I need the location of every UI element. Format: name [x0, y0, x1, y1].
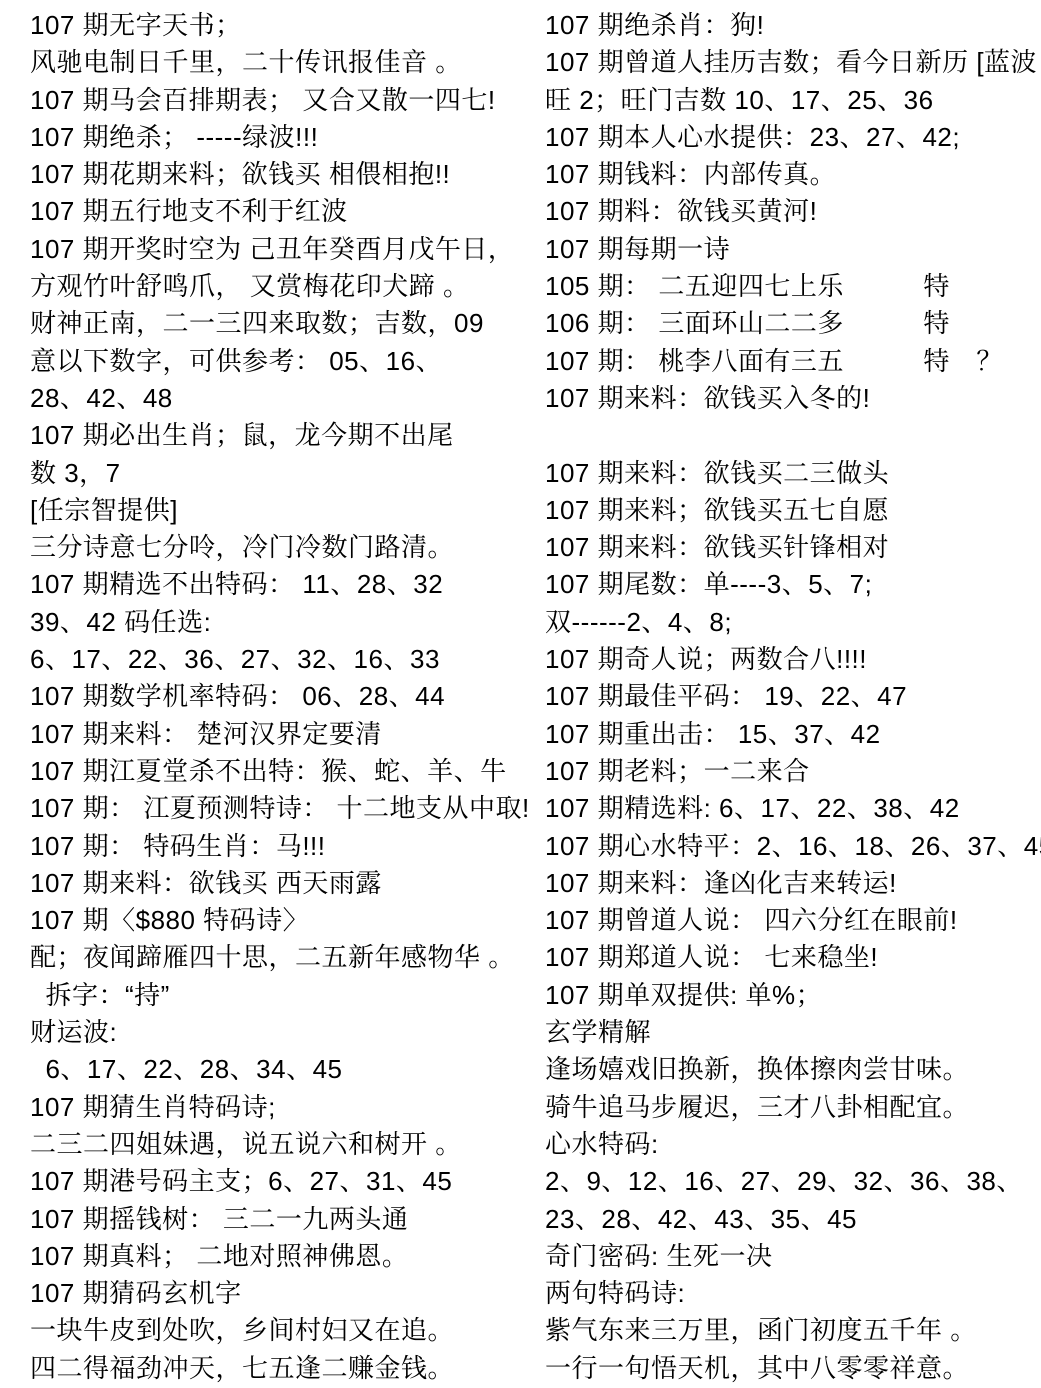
text-line: 107 期来料：欲钱买 西天雨露 — [30, 865, 515, 902]
text-line: 107 期猜生肖特码诗; — [30, 1089, 515, 1126]
text-line: 107 期奇人说；两数合八!!!! — [545, 641, 1041, 678]
text-line: 107 期料：欲钱买黄河! — [545, 193, 1041, 230]
text-line: 107 期来料： 楚河汉界定要清 — [30, 716, 515, 753]
text-line: [任宗智提供] — [30, 492, 515, 529]
text-line: 意以下数字，可供参考： 05、16、 — [30, 343, 515, 380]
text-line: 107 期心水特平：2、16、18、26、37、45。 — [545, 828, 1041, 865]
text-line: 方观竹叶舒鸣爪， 又赏梅花印犬蹄 。 — [30, 268, 515, 305]
text-line: 107 期猜码玄机字 — [30, 1275, 515, 1312]
text-line: 紫气东来三万里，函门初度五千年 。 — [545, 1312, 1041, 1349]
text-line: 6、17、22、36、27、32、16、33 — [30, 641, 515, 678]
text-line: 四二得福劲冲天，七五逢二赚金钱。 — [30, 1350, 515, 1387]
text-line: 数 3，7 — [30, 455, 515, 492]
text-line: 拆字：“持” — [30, 977, 515, 1014]
text-line: 107 期来料：欲钱买二三做头 — [545, 455, 1041, 492]
text-line: 23、28、42、43、35、45 — [545, 1201, 1041, 1238]
text-line: 107 期最佳平码： 19、22、47 — [545, 678, 1041, 715]
text-line: 107 期绝杀； -----绿波!!! — [30, 119, 515, 156]
text-line: 107 期数学机率特码： 06、28、44 — [30, 678, 515, 715]
text-line: 107 期花期来料；欲钱买 相偎相抱!! — [30, 156, 515, 193]
text-line: 107 期港号码主支；6、27、31、45 — [30, 1163, 515, 1200]
text-line: 107 期开奖时空为 己丑年癸酉月戊午日， — [30, 231, 515, 268]
text-line: 骑牛追马步履迟，三才八卦相配宜。 — [545, 1089, 1041, 1126]
text-line: 旺 2；旺门吉数 10、17、25、36 — [545, 82, 1041, 119]
text-line — [545, 417, 1041, 454]
text-line: 107 期来料：逢凶化吉来转运! — [545, 865, 1041, 902]
text-line: 107 期精选料: 6、17、22、38、42 — [545, 790, 1041, 827]
text-line: 107 期曾道人挂历吉数；看今日新历 [蓝波 — [545, 44, 1041, 81]
text-line: 三分诗意七分呤，冷门冷数门路清。 — [30, 529, 515, 566]
text-line: 107 期五行地支不利于红波 — [30, 193, 515, 230]
text-line: 二三二四姐妹遇，说五说六和树开 。 — [30, 1126, 515, 1163]
text-line: 107 期真料； 二地对照神佛恩。 — [30, 1238, 515, 1275]
text-line: 心水特码: — [545, 1126, 1041, 1163]
text-line: 2、9、12、16、27、29、32、36、38、 — [545, 1163, 1041, 1200]
text-line: 107 期单双提供: 单%； — [545, 977, 1041, 1014]
text-line: 107 期绝杀肖：狗! — [545, 7, 1041, 44]
text-line: 配；夜闻蹄雁四十思，二五新年感物华 。 — [30, 939, 515, 976]
text-line: 106 期： 三面环山二二多 特 — [545, 305, 1041, 342]
text-line: 107 期尾数：单----3、5、7; — [545, 566, 1041, 603]
text-line: 两句特码诗: — [545, 1275, 1041, 1312]
text-line: 107 期无字天书； — [30, 7, 515, 44]
text-line: 107 期重出击： 15、37、42 — [545, 716, 1041, 753]
text-line: 107 期来料：欲钱买针锋相对 — [545, 529, 1041, 566]
text-line: 107 期马会百排期表； 又合又散一四七! — [30, 82, 515, 119]
text-line: 一块牛皮到处吹，乡间村妇又在追。 — [30, 1312, 515, 1349]
text-line: 107 期江夏堂杀不出特：猴、蛇、羊、牛 — [30, 753, 515, 790]
text-line: 107 期： 桃李八面有三五 特 ？ — [545, 343, 1041, 380]
text-line: 107 期钱料：内部传真。 — [545, 156, 1041, 193]
text-line: 107 期本人心水提供：23、27、42; — [545, 119, 1041, 156]
text-line: 107 期郑道人说： 七来稳坐! — [545, 939, 1041, 976]
text-line: 105 期： 二五迎四七上乐 特 — [545, 268, 1041, 305]
text-line: 107 期摇钱树： 三二一九两头通 — [30, 1201, 515, 1238]
text-line: 107 期老料；一二来合 — [545, 753, 1041, 790]
text-line: 28、42、48 — [30, 380, 515, 417]
text-line: 107 期必出生肖；鼠，龙今期不出尾 — [30, 417, 515, 454]
text-line: 107 期来料：欲钱买入冬的! — [545, 380, 1041, 417]
text-line: 107 期： 江夏预测特诗： 十二地支从中取! — [30, 790, 515, 827]
text-line: 39、42 码任选: — [30, 604, 515, 641]
text-line: 财神正南，二一三四来取数；吉数，09 — [30, 305, 515, 342]
text-line: 107 期〈$880 特码诗〉 — [30, 902, 515, 939]
text-line: 107 期每期一诗 — [545, 231, 1041, 268]
text-line: 6、17、22、28、34、45 — [30, 1051, 515, 1088]
text-line: 双------2、4、8; — [545, 604, 1041, 641]
text-line: 107 期精选不出特码： 11、28、32 — [30, 566, 515, 603]
document-page: 107 期无字天书；风驰电制日千里，二十传讯报佳音 。107 期马会百排期表； … — [0, 0, 1041, 1388]
text-line: 财运波: — [30, 1014, 515, 1051]
text-line: 107 期： 特码生肖：马!!! — [30, 828, 515, 865]
text-line: 逢场嬉戏旧换新，换体擦肉尝甘味。 — [545, 1051, 1041, 1088]
left-column: 107 期无字天书；风驰电制日千里，二十传讯报佳音 。107 期马会百排期表； … — [0, 7, 515, 1388]
right-column: 107 期绝杀肖：狗!107 期曾道人挂历吉数；看今日新历 [蓝波旺 2；旺门吉… — [515, 7, 1041, 1388]
text-line: 奇门密码: 生死一决 — [545, 1238, 1041, 1275]
text-line: 风驰电制日千里，二十传讯报佳音 。 — [30, 44, 515, 81]
text-line: 107 期曾道人说： 四六分红在眼前! — [545, 902, 1041, 939]
text-line: 107 期来料；欲钱买五七自愿 — [545, 492, 1041, 529]
text-line: 玄学精解 — [545, 1014, 1041, 1051]
text-line: 一行一句悟天机，其中八零零祥意。 — [545, 1350, 1041, 1387]
